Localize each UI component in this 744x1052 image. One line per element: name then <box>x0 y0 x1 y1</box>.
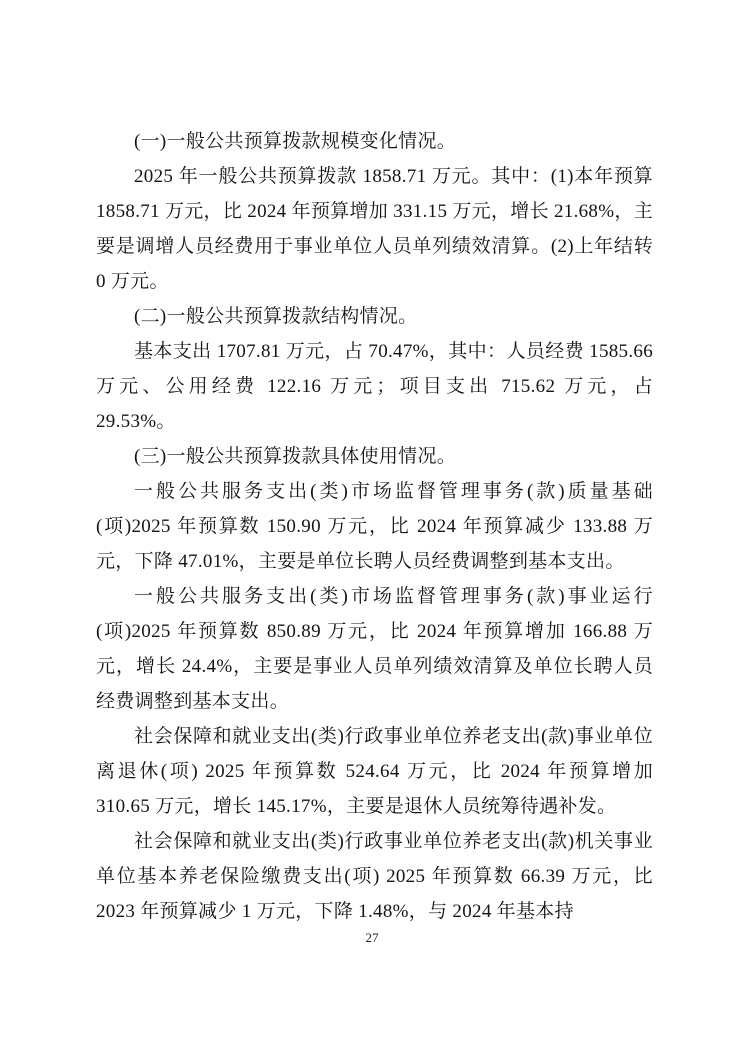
paragraph-operations: 一般公共服务支出(类)市场监督管理事务(款)事业运行(项)2025 年预算数 8… <box>96 579 653 719</box>
paragraph-pension-contribution: 社会保障和就业支出(类)行政事业单位养老支出(款)机关事业单位基本养老保险缴费支… <box>96 824 653 929</box>
paragraph-quality-foundation: 一般公共服务支出(类)市场监督管理事务(款)质量基础(项)2025 年预算数 1… <box>96 474 653 579</box>
document-content: (一)一般公共预算拨款规模变化情况。 2025 年一般公共预算拨款 1858.7… <box>96 124 653 929</box>
section-heading-2: (二)一般公共预算拨款结构情况。 <box>96 299 653 334</box>
section-heading-1: (一)一般公共预算拨款规模变化情况。 <box>96 124 653 159</box>
section-heading-3: (三)一般公共预算拨款具体使用情况。 <box>96 439 653 474</box>
page-number: 27 <box>0 930 744 946</box>
document-page: (一)一般公共预算拨款规模变化情况。 2025 年一般公共预算拨款 1858.7… <box>0 0 744 1052</box>
paragraph-retirement: 社会保障和就业支出(类)行政事业单位养老支出(款)事业单位离退休(项) 2025… <box>96 719 653 824</box>
paragraph-budget-structure: 基本支出 1707.81 万元，占 70.47%，其中：人员经费 1585.66… <box>96 334 653 439</box>
paragraph-budget-scale: 2025 年一般公共预算拨款 1858.71 万元。其中：(1)本年预算 185… <box>96 159 653 299</box>
